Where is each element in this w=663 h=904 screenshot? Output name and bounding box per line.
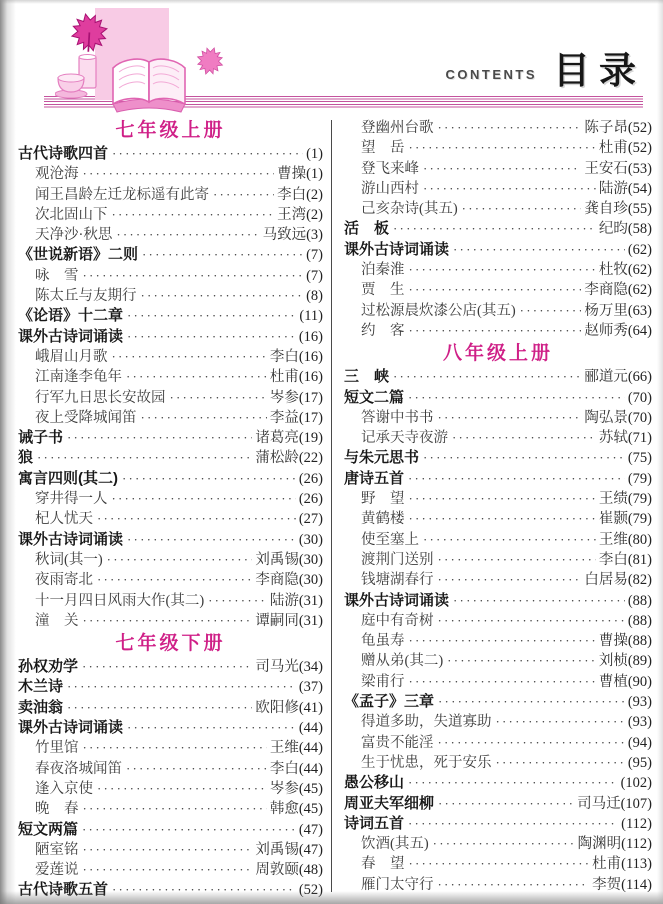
toc-entry-author: 诸葛亮 [255,428,299,448]
toc-entry-title: 望 岳 [361,138,405,158]
toc-entry: 游山西村陆游(54) [344,179,652,199]
toc-entry: 三 峡郦道元(66) [344,367,652,387]
toc-entry-page: (48) [299,860,323,880]
toc-entry-title: 行军九日思长安故园 [35,388,166,408]
dot-leader [423,179,596,199]
toc-entry: 逢入京使岑参(45) [18,779,323,799]
toc-entry-title: 卖油翁 [18,698,63,718]
toc-entry-title: 钱塘湖春行 [361,570,434,590]
toc-entry-page: (79) [628,489,652,509]
dot-leader [122,469,296,489]
dot-leader [409,260,596,280]
grade-section-heading: 七年级上册 [18,118,323,144]
toc-entry: 贾 生李商隐(62) [344,280,652,300]
toc-entry-author: 杜甫 [270,367,299,387]
toc-entry-title: 逢入京使 [35,779,93,799]
dot-leader [438,118,582,138]
toc-entry-title: 课外古诗词诵读 [18,718,123,738]
toc-entry-page: (22) [299,448,323,468]
toc-entry-title: 十一月四日风雨大作(其二) [35,591,204,611]
toc-entry-author: 陆游 [270,591,299,611]
toc-entry-page: (47) [299,820,323,840]
toc-entry-title: 陈太丘与友期行 [35,286,137,306]
dot-leader [67,698,252,718]
dot-leader [409,509,596,529]
toc-entry-page: (58) [628,219,652,239]
dot-leader [83,164,275,184]
dot-leader [496,712,625,732]
page-title: 目录 [553,52,645,89]
contents-label: CONTENTS [446,67,538,89]
toc-entry-author: 陆游 [599,179,628,199]
toc-entry: 秋词(其一)刘禹锡(30) [18,550,323,570]
toc-entry-title: 短文两篇 [18,820,78,840]
toc-entry-page: (45) [299,799,323,819]
toc-entry-title: 渡荆门送别 [361,550,434,570]
toc-entry-title: 夜雨寄北 [35,570,93,590]
toc-entry-page: (30) [299,570,323,590]
dot-leader [37,448,252,468]
toc-entry-author: 周敦颐 [255,860,299,880]
toc-entry: 泊秦淮杜牧(62) [344,260,652,280]
toc-entry-title: 闻王昌龄左迁龙标遥有此寄 [35,185,209,205]
toc-entry: 使至塞上王维(80) [344,530,652,550]
dot-leader [82,657,252,677]
toc-entry-page: (112) [621,834,652,854]
toc-entry-page: (16) [299,347,323,367]
toc-entry-title: 天净沙·秋思 [35,225,112,245]
toc-entry-title: 诗词五首 [344,814,404,834]
toc-entry-author: 杜甫 [592,854,621,874]
toc-entry: 活 板纪昀(58) [344,219,652,239]
toc-entry-page: (70) [628,408,652,428]
toc-entry-page: (71) [628,428,652,448]
toc-entry-page: (17) [299,408,323,428]
dot-leader [112,489,296,509]
toc-entry-title: 龟虽寿 [361,631,405,651]
toc-entry-author: 司马迁 [577,794,621,814]
dot-leader [67,428,252,448]
toc-entry-author: 刘禹锡 [255,550,299,570]
dot-leader [127,530,296,550]
dot-leader [438,408,582,428]
toc-entry-page: (66) [628,367,652,387]
dot-leader [82,820,296,840]
toc-entry-page: (7) [306,245,323,265]
page-edge-shadow-bottom [0,891,663,904]
toc-entry-page: (62) [628,260,652,280]
toc-entry-page: (54) [628,179,652,199]
toc-entry-page: (79) [628,469,652,489]
toc-entry-title: 杞人忧天 [35,509,93,529]
toc-entry-author: 李白 [270,759,299,779]
toc-entry-title: 课外古诗词诵读 [344,240,449,260]
toc-entry-author: 曹操 [277,164,306,184]
dot-leader [208,591,267,611]
toc-entry-author: 陈子昂 [584,118,628,138]
toc-entry-title: 贾 生 [361,280,405,300]
toc-entry-title: 梁甫行 [361,672,405,692]
toc-entry-title: 野 望 [361,489,405,509]
toc-entry: 野 望王绩(79) [344,489,652,509]
dot-leader [112,205,275,225]
toc-entry-title: 诫子书 [18,428,63,448]
toc-entry-title: 约 客 [361,321,405,341]
dot-leader [409,631,596,651]
dot-leader [83,860,253,880]
toc-entry-page: (95) [628,753,652,773]
toc-entry: 记承天寺夜游苏轼(71) [344,428,652,448]
toc-entry: 杞人忧天(27) [18,509,323,529]
toc-entry-title: 陋室铭 [35,840,79,860]
toc-entry: 课外古诗词诵读(88) [344,591,652,611]
toc-entry-title: 春 望 [361,854,405,874]
dot-leader [408,773,618,793]
toc-entry: 陋室铭刘禹锡(47) [18,840,323,860]
dot-leader [97,509,296,529]
toc-entry: 过松源晨炊漆公店(其五)杨万里(63) [344,301,652,321]
toc-entry-title: 庭中有奇树 [361,611,434,631]
toc-entry: 登飞来峰王安石(53) [344,159,652,179]
book-illustration-svg [55,2,255,114]
toc-entry-page: (17) [299,388,323,408]
toc-entry: 卖油翁欧阳修(41) [18,698,323,718]
toc-entry-title: 《世说新语》二则 [18,245,138,265]
dot-leader [409,321,582,341]
dot-leader [520,301,582,321]
toc-entry-page: (16) [299,367,323,387]
toc-entry-author: 李白 [270,347,299,367]
toc-entry-author: 曹植 [599,672,628,692]
toc-entry-page: (41) [299,698,323,718]
toc-entry-page: (2) [306,205,323,225]
toc-entry: 穿井得一人(26) [18,489,323,509]
toc-entry: 竹里馆王维(44) [18,738,323,758]
toc-entry-page: (16) [299,327,323,347]
toc-entry: 陈太丘与友期行(8) [18,286,323,306]
dot-leader [496,753,625,773]
toc-entry: 约 客赵师秀(64) [344,321,652,341]
toc-entry-page: (44) [299,718,323,738]
dot-leader [409,854,590,874]
dot-leader [142,245,303,265]
toc-entry-author: 欧阳修 [255,698,299,718]
toc-entry-page: (31) [299,611,323,631]
toc-entry-author: 赵师秀 [584,321,628,341]
toc-entry-author: 蒲松龄 [255,448,299,468]
column-divider [331,120,332,892]
dot-leader [453,240,625,260]
toc-entry-author: 刘桢 [599,651,628,671]
toc-entry: 答谢中书书陶弘景(70) [344,408,652,428]
toc-entry-author: 李益 [270,408,299,428]
dot-leader [423,159,581,179]
toc-entry-title: 《论语》十二章 [18,306,123,326]
toc-entry-title: 使至塞上 [361,530,419,550]
toc-entry-title: 活 板 [344,219,389,239]
toc-entry-page: (90) [628,672,652,692]
dot-leader [83,611,253,631]
dot-leader [433,834,575,854]
grade-section-label: 七年级上册 [115,120,225,141]
dot-leader [393,219,596,239]
toc-entry: 富贵不能淫(94) [344,733,652,753]
toc-entry-page: (53) [628,159,652,179]
dot-leader [127,327,296,347]
toc-entry: 龟虽寿曹操(88) [344,631,652,651]
toc-entry-author: 李商隐 [255,570,299,590]
toc-entry: 望 岳杜甫(52) [344,138,652,158]
dot-leader [170,388,267,408]
toc-entry-title: 孙权劝学 [18,657,78,677]
toc-entry: 诗词五首(112) [344,814,652,834]
toc-entry-author: 岑参 [270,388,299,408]
toc-entry-page: (93) [628,692,652,712]
toc-entry-page: (44) [299,759,323,779]
toc-entry-page: (26) [299,469,323,489]
toc-entry-title: 短文二篇 [344,388,404,408]
teacup-icon [55,55,96,99]
toc-entry-title: 泊秦淮 [361,260,405,280]
toc-entry-page: (30) [299,550,323,570]
dot-leader [438,733,625,753]
dot-leader [438,570,582,590]
toc-entry-title: 次北固山下 [35,205,108,225]
toc-entry-title: 竹里馆 [35,738,79,758]
dot-leader [141,286,304,306]
toc-entry-page: (88) [628,631,652,651]
toc-entry-page: (112) [621,814,652,834]
dot-leader [423,530,596,550]
grade-section-heading: 八年级上册 [344,341,652,367]
toc-entry: 咏 雪(7) [18,266,323,286]
toc-entry: 《世说新语》二则(7) [18,245,323,265]
dot-leader [409,489,596,509]
toc-entry-page: (102) [621,773,652,793]
toc-entry: 天净沙·秋思马致远(3) [18,225,323,245]
toc-entry-title: 答谢中书书 [361,408,434,428]
toc-entry-title: 三 峡 [344,367,389,387]
toc-entry-title: 饮酒(其五) [361,834,429,854]
toc-entry: 庭中有奇树(88) [344,611,652,631]
dot-leader [409,672,596,692]
toc-entry-title: 江南逢李龟年 [35,367,122,387]
dot-leader [127,718,296,738]
dot-leader [423,448,625,468]
toc-entry: 梁甫行曹植(90) [344,672,652,692]
toc-entry-page: (7) [306,266,323,286]
toc-entry-title: 狼 [18,448,33,468]
toc-entry-page: (107) [621,794,652,814]
toc-entry-page: (44) [299,738,323,758]
toc-entry-page: (63) [628,301,652,321]
toc-entry-title: 富贵不能淫 [361,733,434,753]
toc-entry: 晚 春韩愈(45) [18,799,323,819]
toc-entry: 短文二篇(70) [344,388,652,408]
toc-entry: 诫子书诸葛亮(19) [18,428,323,448]
toc-entry-title: 咏 雪 [35,266,79,286]
toc-entry-page: (81) [628,550,652,570]
grade-section-label: 八年级上册 [443,343,553,364]
toc-entry: 寓言四则(其二)(26) [18,469,323,489]
toc-entry-page: (26) [299,489,323,509]
toc-entry-page: (70) [628,388,652,408]
toc-entry-page: (30) [299,530,323,550]
toc-entry-title: 唐诗五首 [344,469,404,489]
toc-entry-author: 李商隐 [584,280,628,300]
toc-entry-page: (93) [628,712,652,732]
toc-entry-page: (34) [299,657,323,677]
toc-entry-title: 课外古诗词诵读 [18,530,123,550]
dot-leader [438,550,596,570]
toc-entry-title: 春夜洛城闻笛 [35,759,122,779]
toc-entry-page: (64) [628,321,652,341]
toc-entry-page: (79) [628,509,652,529]
toc-entry: 次北固山下王湾(2) [18,205,323,225]
toc-entry-page: (88) [628,591,652,611]
toc-entry-page: (1) [306,144,323,164]
dot-leader [112,144,303,164]
toc-entry-author: 韩愈 [270,799,299,819]
toc-entry: 课外古诗词诵读(44) [18,718,323,738]
grade-section-heading: 七年级下册 [18,631,323,657]
grade-section-label: 七年级下册 [115,633,225,654]
toc-entry-page: (27) [299,509,323,529]
toc-entry-page: (2) [306,185,323,205]
toc-entry-title: 愚公移山 [344,773,404,793]
toc-entry-title: 登飞来峰 [361,159,419,179]
dot-leader [408,388,625,408]
toc-entry-title: 记承天寺夜游 [361,428,448,448]
toc-entry-title: 过松源晨炊漆公店(其五) [361,301,516,321]
toc-entry-author: 王湾 [277,205,306,225]
toc-entry: 课外古诗词诵读(16) [18,327,323,347]
toc-entry: 己亥杂诗(其五)龚自珍(55) [344,199,652,219]
toc-entry-author: 曹操 [599,631,628,651]
toc-entry-author: 谭嗣同 [255,611,299,631]
toc-entry: 钱塘湖春行白居易(82) [344,570,652,590]
toc-entry-title: 己亥杂诗(其五) [361,199,458,219]
toc-entry-page: (45) [299,779,323,799]
toc-entry-author: 陶渊明 [578,834,622,854]
toc-entry: 十一月四日风雨大作(其二)陆游(31) [18,591,323,611]
toc-entry-author: 李白 [277,185,306,205]
dot-leader [97,779,267,799]
toc-entry-page: (75) [628,448,652,468]
toc-entry-page: (62) [628,240,652,260]
toc-entry-author: 杨万里 [584,301,628,321]
toc-entry: 夜上受降城闻笛李益(17) [18,408,323,428]
toc-entry-author: 王维 [599,530,628,550]
page-edge-shadow-left [0,0,16,904]
toc-entry: 春 望杜甫(113) [344,854,652,874]
dot-leader [409,280,582,300]
toc-entry-page: (62) [628,280,652,300]
toc-entry-title: 黄鹤楼 [361,509,405,529]
dot-leader [112,347,267,367]
toc-entry: 江南逢李龟年杜甫(16) [18,367,323,387]
toc-entry-title: 峨眉山月歌 [35,347,108,367]
toc-entry: 短文两篇(47) [18,820,323,840]
toc-entry: 赠从弟(其二)刘桢(89) [344,651,652,671]
toc-entry-author: 杜牧 [599,260,628,280]
toc-entry: 饮酒(其五)陶渊明(112) [344,834,652,854]
toc-entry-title: 游山西村 [361,179,419,199]
toc-entry-author: 纪昀 [599,219,628,239]
toc-entry-author: 苏轼 [599,428,628,448]
toc-entry-page: (19) [299,428,323,448]
toc-entry-page: (80) [628,530,652,550]
toc-entry-page: (31) [299,591,323,611]
toc-entry: 潼 关谭嗣同(31) [18,611,323,631]
dot-leader [408,814,618,834]
toc-entry: 渡荆门送别李白(81) [344,550,652,570]
toc-entry-title: 观沧海 [35,164,79,184]
toc-entry-page: (1) [306,164,323,184]
toc-entry-title: 课外古诗词诵读 [344,591,449,611]
toc-entry: 周亚夫军细柳司马迁(107) [344,794,652,814]
toc-entry-page: (113) [621,854,652,874]
toc-entry: 行军九日思长安故园岑参(17) [18,388,323,408]
toc-entry-page: (94) [628,733,652,753]
maple-leaf-icon-small [193,44,226,78]
toc-entry-title: 木兰诗 [18,677,63,697]
toc-entry: 课外古诗词诵读(30) [18,530,323,550]
toc-entry: 黄鹤楼崔颢(79) [344,509,652,529]
dot-leader [83,840,253,860]
toc-entry: 课外古诗词诵读(62) [344,240,652,260]
dot-leader [453,591,625,611]
toc-entry-title: 古代诗歌四首 [18,144,108,164]
toc-entry-title: 得道多助，失道寡助 [361,712,492,732]
toc-entry: 《论语》十二章(11) [18,306,323,326]
toc-entry-title: 生于忧患，死于安乐 [361,753,492,773]
toc-entry-author: 司马光 [255,657,299,677]
toc-entry-title: 夜上受降城闻笛 [35,408,137,428]
dot-leader [408,469,625,489]
dot-leader [452,428,596,448]
toc-entry-title: 秋词(其一) [35,550,103,570]
toc-entry: 孙权劝学司马光(34) [18,657,323,677]
toc-entry-title: 穿井得一人 [35,489,108,509]
toc-entry: 登幽州台歌陈子昂(52) [344,118,652,138]
toc-entry: 与朱元思书(75) [344,448,652,468]
toc-entry-author: 王安石 [584,159,628,179]
toc-entry-page: (88) [628,611,652,631]
dot-leader [462,199,582,219]
toc-entry: 木兰诗(37) [18,677,323,697]
dot-leader [83,799,267,819]
page-edge-shadow-right [657,0,663,904]
toc-entry: 狼蒲松龄(22) [18,448,323,468]
toc-entry: 愚公移山(102) [344,773,652,793]
toc-entry: 峨眉山月歌李白(16) [18,347,323,367]
dot-leader [127,306,296,326]
toc-entry: 闻王昌龄左迁龙标遥有此寄李白(2) [18,185,323,205]
toc-entry-author: 郦道元 [584,367,628,387]
toc-entry: 夜雨寄北李商隐(30) [18,570,323,590]
dot-leader [67,677,296,697]
dot-leader [116,225,259,245]
header: CONTENTS 目录 [446,52,646,89]
toc-entry-author: 王绩 [599,489,628,509]
toc-entry: 爱莲说周敦颐(48) [18,860,323,880]
toc-entry-title: 晚 春 [35,799,79,819]
toc-entry-page: (37) [299,677,323,697]
book-illustration [55,2,255,119]
toc-entry-page: (3) [306,225,323,245]
toc-entry-author: 陶弘景 [584,408,628,428]
